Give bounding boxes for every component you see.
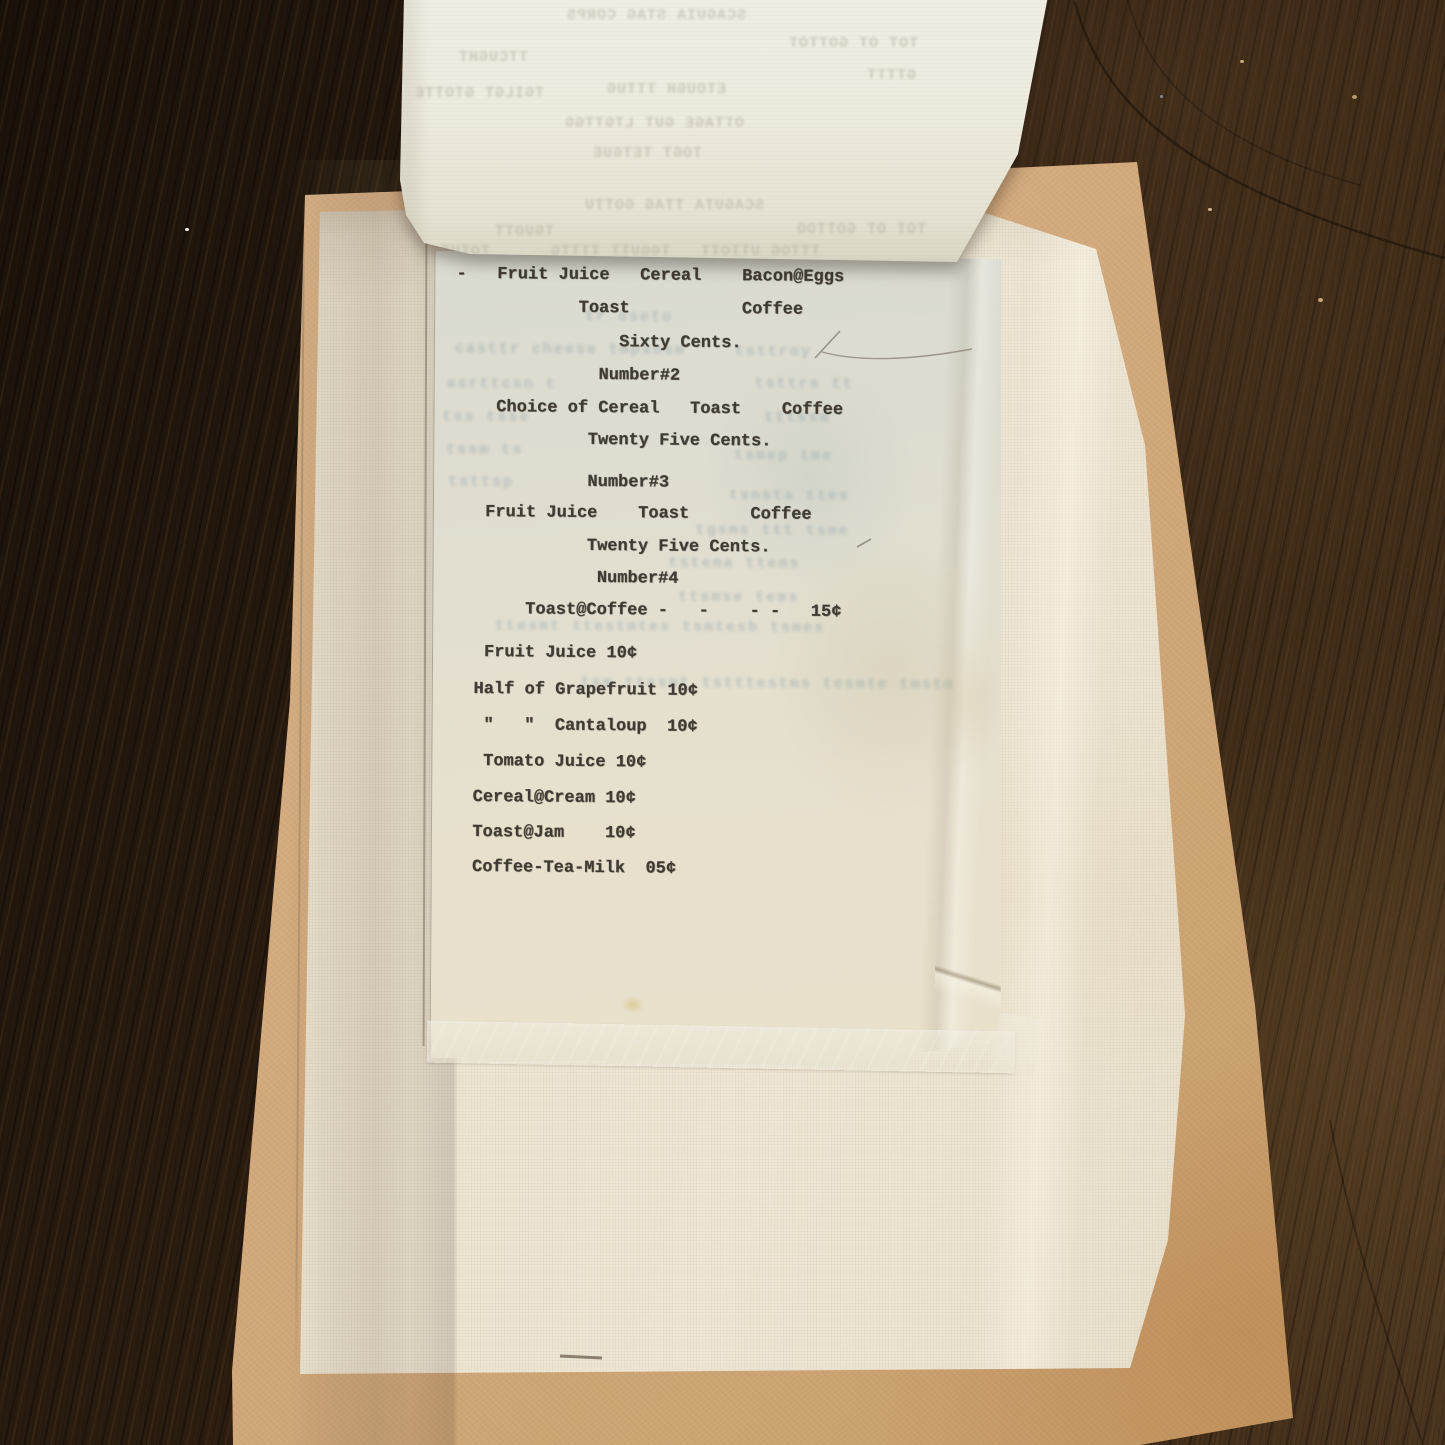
menu-line: " " Cantaloup 10¢ [432, 717, 697, 736]
folded-page-wrapper: SCAGUIA STAG CORPSTOT OT GOTTOTTTCUGHTGT… [396, 0, 1058, 268]
bleed-through-text: ETOUGH TTTUG [606, 82, 726, 97]
bleed-through-text: TGUOTT [494, 224, 554, 239]
menu-line: Number#4 [434, 569, 679, 588]
typed-menu-page: tr osetocasttr cheese tmpsosmtsttroyasrt… [430, 246, 1006, 1067]
menu-line: Fruit Juice 10¢ [433, 644, 637, 663]
menu-line: Sixty Cents. [436, 333, 742, 353]
bleed-through-text: SCAGUIA STAG CORPS [566, 8, 746, 23]
bleed-through-text: TTCUGHT [458, 50, 528, 65]
debris-speck [1352, 95, 1357, 99]
debris-speck [1240, 60, 1244, 63]
debris-speck [1147, 332, 1150, 335]
debris-speck [1160, 95, 1163, 98]
bleed-through-text: GTTTT [866, 68, 916, 83]
debris-speck [185, 228, 189, 231]
menu-line: Fruit Juice Toast Coffee [434, 504, 812, 524]
bleed-through-text: TOGT TETGUE [592, 146, 702, 161]
bleed-through-text: TGILGT GTOTTE [414, 86, 544, 101]
bleed-through-text: TOT OT GOTTOT [788, 36, 918, 51]
bleed-through-text: SCAGUTA TTAG GOTTU [584, 198, 764, 213]
folded-up-page: SCAGUIA STAG CORPSTOT OT GOTTOTTTCUGHTGT… [396, 0, 1058, 268]
menu-line: Coffee-Tea-Milk 05¢ [431, 859, 676, 878]
menu-text-layer: - Fruit Juice Cereal Bacon@Eggs Toast Co… [430, 246, 1007, 1069]
menu-line: Half of Grapefruit 10¢ [433, 681, 698, 700]
menu-line: Toast@Coffee - - - - 15¢ [433, 601, 841, 621]
stain-spot [621, 995, 645, 1013]
menu-line: Toast@Jam 10¢ [431, 824, 635, 843]
menu-line: Number#3 [434, 473, 669, 492]
bleed-through-text: OTTAGE GUT LTGTTGG [564, 116, 744, 131]
menu-line: - Fruit Juice Cereal Bacon@Eggs [436, 266, 844, 286]
debris-speck [1318, 298, 1323, 302]
menu-line: Toast Coffee [436, 299, 803, 319]
menu-line: Tomato Juice 10¢ [432, 753, 646, 772]
bleed-through-text: TOT OT GOTTOO [796, 222, 926, 237]
menu-line: Choice of Cereal Toast Coffee [435, 399, 843, 419]
menu-line: Twenty Five Cents. [434, 537, 771, 557]
debris-speck [1208, 208, 1212, 211]
menu-line: Cereal@Cream 10¢ [432, 789, 636, 808]
menu-line: Twenty Five Cents. [435, 431, 772, 451]
photo-scene: tr osetocasttr cheese tmpsosmtsttroyasrt… [0, 0, 1445, 1445]
menu-line: Number#2 [435, 366, 680, 385]
bleed-through-text: TTTOG UTTOTT TGGUTT TTTTG TOTUT [440, 244, 820, 259]
